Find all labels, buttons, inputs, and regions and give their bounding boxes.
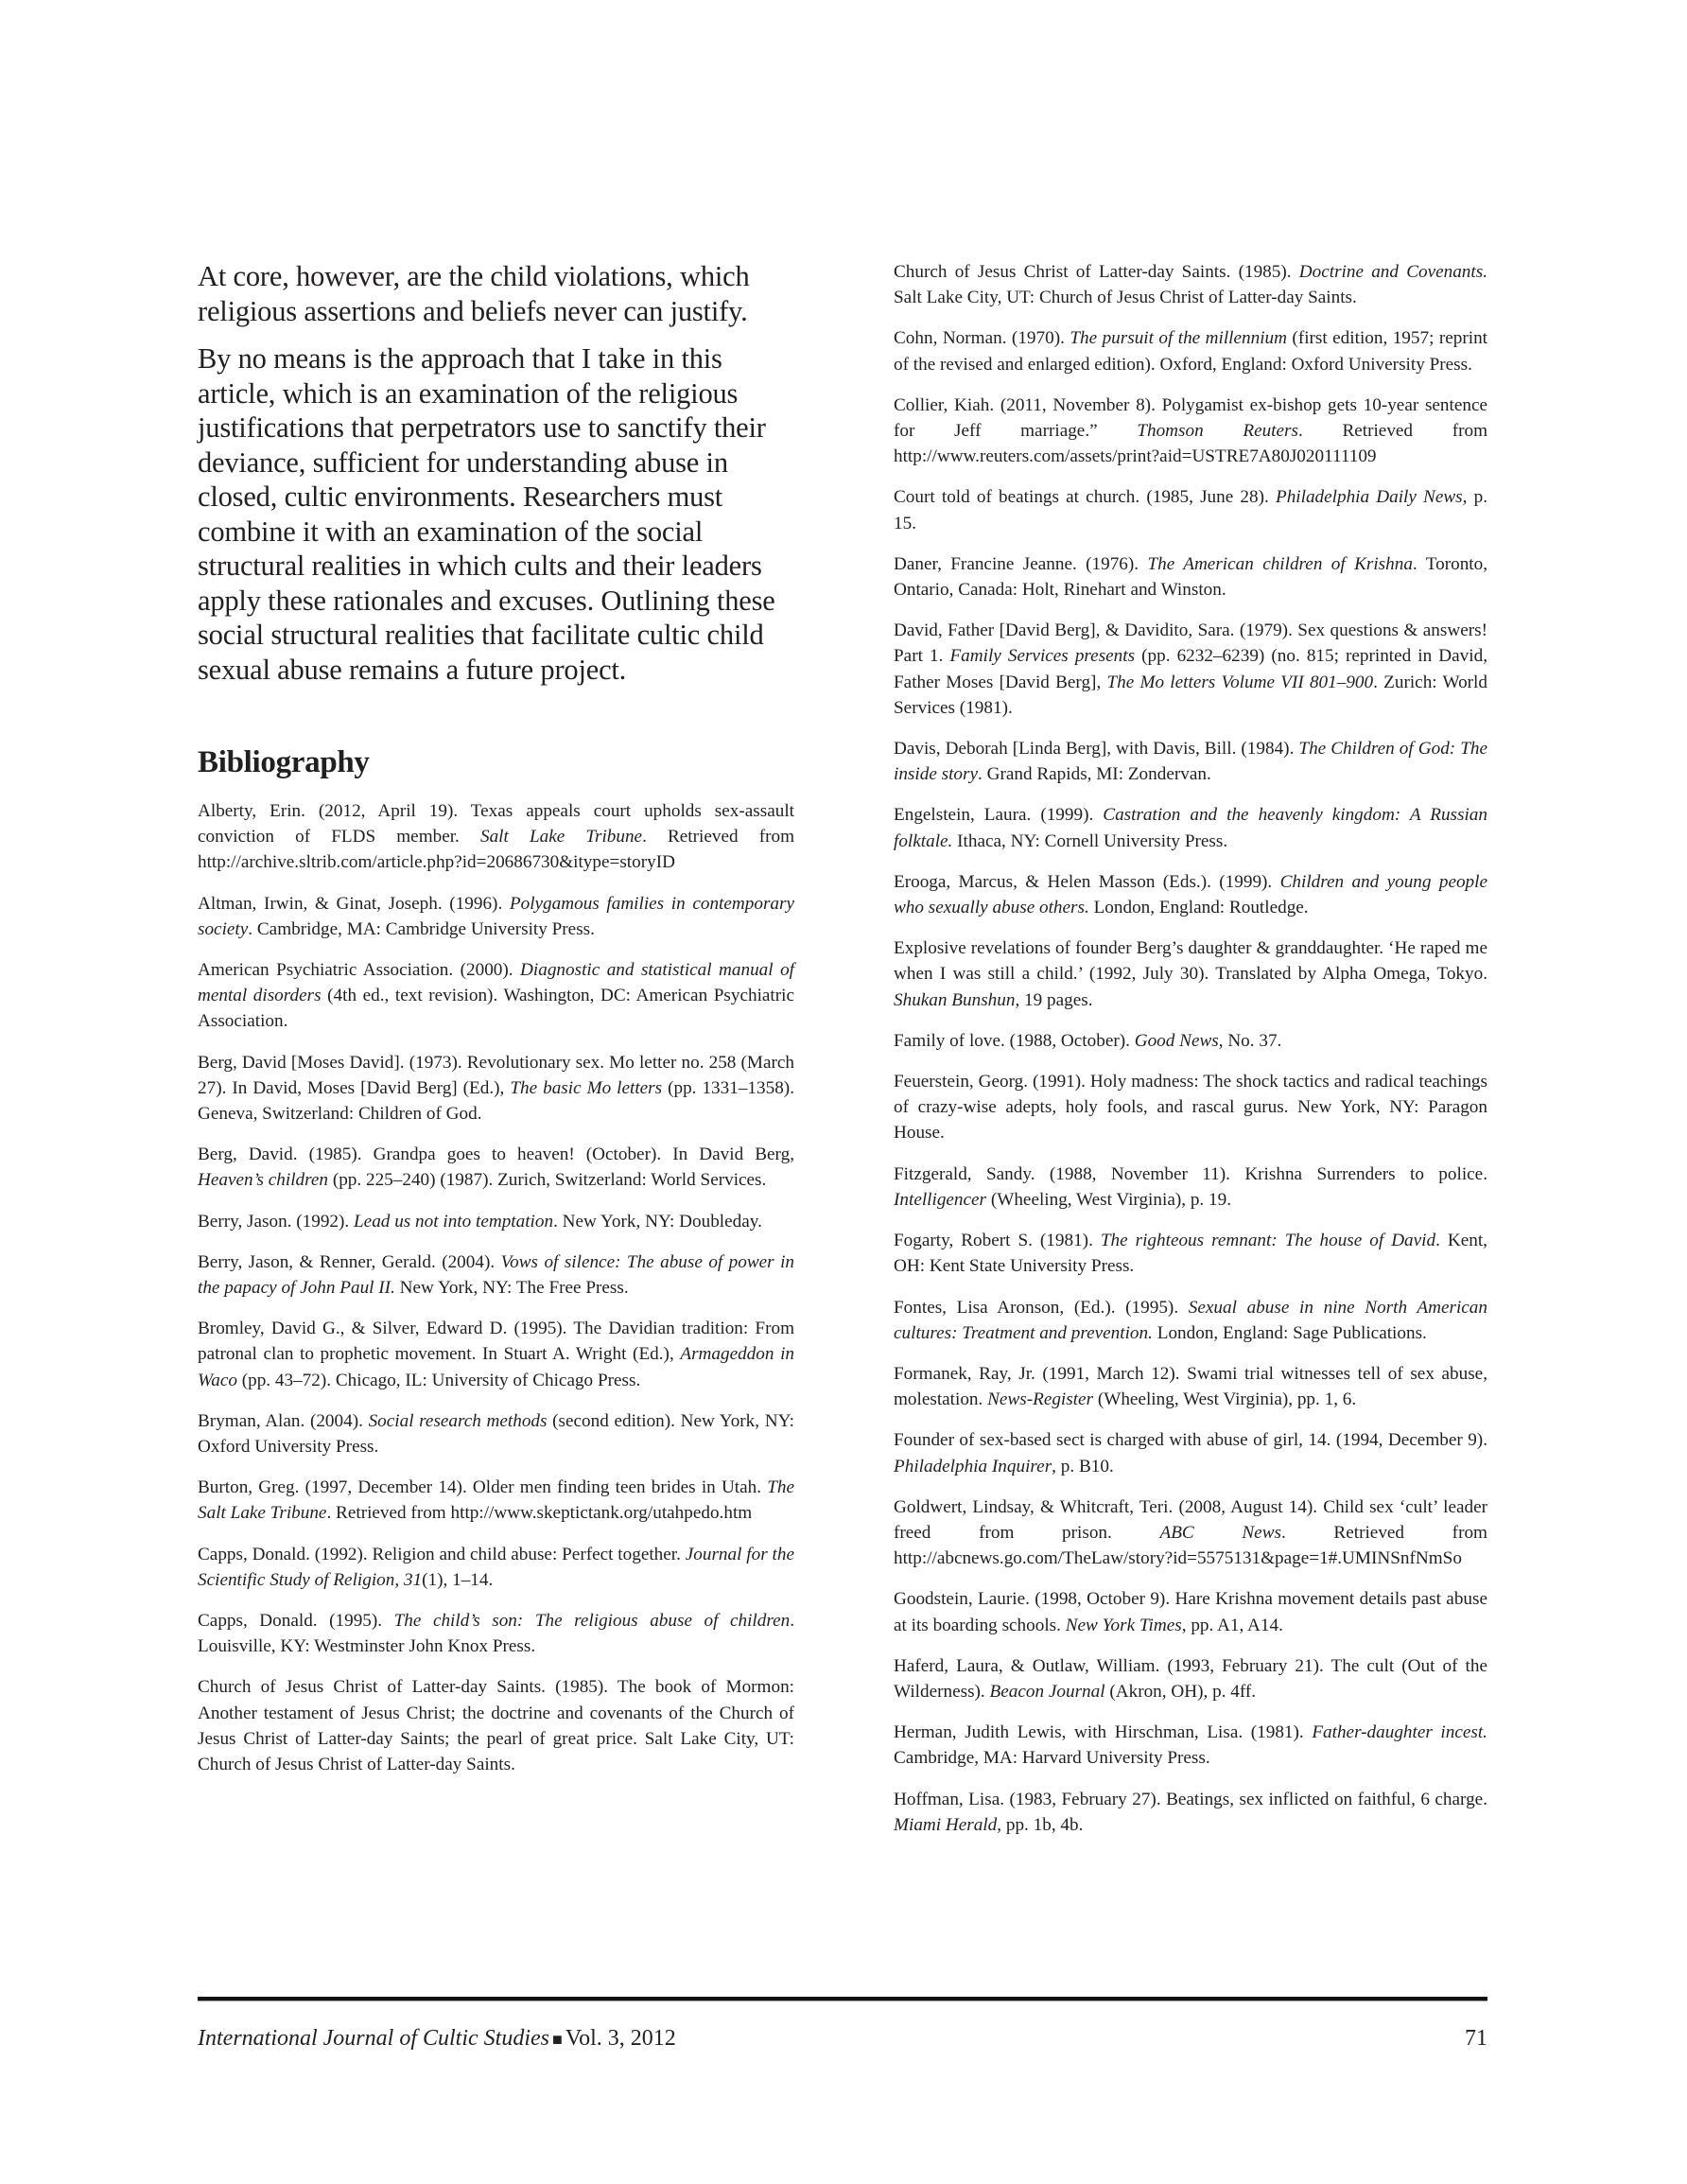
closing-paragraphs: At core, however, are the child violatio… — [198, 259, 794, 687]
bibliography-entry: Family of love. (1988, October). Good Ne… — [894, 1028, 1487, 1054]
entry-text: Fontes, Lisa Aronson, (Ed.). (1995). — [894, 1298, 1189, 1318]
bibliography-entry: Burton, Greg. (1997, December 14). Older… — [198, 1475, 794, 1526]
bibliography-list-left: Alberty, Erin. (2012, April 19). Texas a… — [198, 798, 794, 1777]
entry-text: (1), 1–14. — [422, 1570, 493, 1590]
bibliography-entry: Court told of beatings at church. (1985,… — [894, 484, 1487, 535]
entry-text: Altman, Irwin, & Ginat, Joseph. (1996). — [198, 894, 510, 914]
bibliography-entry: Capps, Donald. (1995). The child’s son: … — [198, 1608, 794, 1659]
bibliography-entry: Goldwert, Lindsay, & Whitcraft, Teri. (2… — [894, 1494, 1487, 1572]
entry-title-italic: Miami Herald — [894, 1815, 997, 1835]
entry-text: Burton, Greg. (1997, December 14). Older… — [198, 1477, 767, 1497]
entry-text: (Wheeling, West Virginia), p. 19. — [986, 1190, 1231, 1210]
volume-info: Vol. 3, 2012 — [565, 2026, 676, 2051]
entry-text: American Psychiatric Association. (2000)… — [198, 960, 520, 980]
page-number: 71 — [1465, 2024, 1487, 2053]
bibliography-entry: Davis, Deborah [Linda Berg], with Davis,… — [894, 736, 1487, 787]
bibliography-entry: Berry, Jason. (1992). Lead us not into t… — [198, 1209, 794, 1234]
body-paragraph: At core, however, are the child violatio… — [198, 259, 794, 328]
entry-text: , No. 37. — [1219, 1031, 1282, 1051]
entry-text: , pp. 1b, 4b. — [997, 1815, 1083, 1835]
entry-text: Family of love. (1988, October). — [894, 1031, 1135, 1051]
bibliography-entry: Alberty, Erin. (2012, April 19). Texas a… — [198, 798, 794, 876]
left-column: At core, however, are the child violatio… — [198, 259, 794, 1792]
bibliography-entry: Founder of sex-based sect is charged wit… — [894, 1427, 1487, 1478]
entry-title-italic: The American children of Krishna — [1147, 554, 1412, 574]
bibliography-entry: David, Father [David Berg], & Davidito, … — [894, 618, 1487, 721]
entry-text: London, England: Sage Publications. — [1153, 1323, 1427, 1343]
entry-text: Hoffman, Lisa. (1983, February 27). Beat… — [894, 1790, 1487, 1809]
bibliography-entry: Goodstein, Laurie. (1998, October 9). Ha… — [894, 1586, 1487, 1637]
entry-title-italic: Shukan Bunshun — [894, 990, 1015, 1010]
footer-rule — [198, 1997, 1487, 2001]
right-column: Church of Jesus Christ of Latter-day Sai… — [894, 259, 1487, 1853]
bibliography-entry: Collier, Kiah. (2011, November 8). Polyg… — [894, 393, 1487, 470]
bibliography-entry: Church of Jesus Christ of Latter-day Sai… — [894, 259, 1487, 310]
bibliography-entry: Church of Jesus Christ of Latter-day Sai… — [198, 1674, 794, 1777]
entry-title-italic: Family Services presents — [949, 646, 1135, 666]
entry-text: (pp. 225–240) (1987). Zurich, Switzerlan… — [328, 1170, 766, 1190]
entry-text: (pp. 43–72). Chicago, IL: University of … — [237, 1371, 640, 1390]
bibliography-entry: Fontes, Lisa Aronson, (Ed.). (1995). Sex… — [894, 1295, 1487, 1346]
entry-title-italic: The child’s son: The religious abuse of … — [394, 1611, 791, 1631]
bibliography-entry: Feuerstein, Georg. (1991). Holy madness:… — [894, 1069, 1487, 1146]
entry-text: Erooga, Marcus, & Helen Masson (Eds.). (… — [894, 872, 1280, 892]
entry-text: Berry, Jason, & Renner, Gerald. (2004). — [198, 1252, 501, 1272]
entry-title-italic: The righteous remnant: The house of Davi… — [1101, 1231, 1435, 1250]
entry-title-italic: Philadelphia Inquirer — [894, 1457, 1052, 1476]
entry-text: New York, NY: The Free Press. — [395, 1278, 629, 1298]
entry-text: Church of Jesus Christ of Latter-day Sai… — [198, 1677, 794, 1774]
bibliography-entry: Formanek, Ray, Jr. (1991, March 12). Swa… — [894, 1361, 1487, 1412]
entry-text: Herman, Judith Lewis, with Hirschman, Li… — [894, 1722, 1312, 1742]
entry-title-italic: Philadelphia Daily News — [1276, 487, 1463, 507]
entry-text: Church of Jesus Christ of Latter-day Sai… — [894, 262, 1299, 282]
entry-title-italic: Salt Lake Tribune — [480, 827, 642, 847]
entry-text: . Retrieved from http://www.skeptictank.… — [326, 1503, 752, 1523]
entry-title-italic: Good News — [1135, 1031, 1219, 1051]
entry-text: Court told of beatings at church. (1985,… — [894, 487, 1276, 507]
bibliography-entry: American Psychiatric Association. (2000)… — [198, 957, 794, 1035]
entry-text: Berry, Jason. (1992). — [198, 1212, 354, 1232]
bibliography-entry: Herman, Judith Lewis, with Hirschman, Li… — [894, 1720, 1487, 1771]
bibliography-entry: Bromley, David G., & Silver, Edward D. (… — [198, 1316, 794, 1393]
bibliography-list-right: Church of Jesus Christ of Latter-day Sai… — [894, 259, 1487, 1838]
entry-text: Fitzgerald, Sandy. (1988, November 11). … — [894, 1164, 1487, 1184]
entry-text: , pp. A1, A14. — [1182, 1616, 1283, 1635]
entry-text: Berg, David. (1985). Grandpa goes to hea… — [198, 1144, 794, 1164]
entry-text: Daner, Francine Jeanne. (1976). — [894, 554, 1147, 574]
entry-text: Founder of sex-based sect is charged wit… — [894, 1430, 1487, 1450]
bibliography-entry: Haferd, Laura, & Outlaw, William. (1993,… — [894, 1653, 1487, 1704]
entry-title-italic: Social research methods — [369, 1411, 548, 1431]
entry-title-italic: The pursuit of the millennium — [1070, 328, 1287, 348]
bibliography-entry: Berry, Jason, & Renner, Gerald. (2004). … — [198, 1249, 794, 1301]
entry-text: , p. B10. — [1052, 1457, 1114, 1476]
entry-title-italic: News-Register — [987, 1389, 1093, 1409]
entry-text: Feuerstein, Georg. (1991). Holy madness:… — [894, 1072, 1487, 1143]
bibliography-entry: Fogarty, Robert S. (1981). The righteous… — [894, 1228, 1487, 1279]
bibliography-entry: Fitzgerald, Sandy. (1988, November 11). … — [894, 1162, 1487, 1213]
entry-text: , 19 pages. — [1015, 990, 1092, 1010]
bibliography-entry: Capps, Donald. (1992). Religion and chil… — [198, 1542, 794, 1593]
bibliography-entry: Daner, Francine Jeanne. (1976). The Amer… — [894, 551, 1487, 603]
separator-square-icon: ■ — [552, 2030, 563, 2049]
entry-title-italic: Beacon Journal — [990, 1682, 1105, 1702]
bibliography-entry: Explosive revelations of founder Berg’s … — [894, 935, 1487, 1013]
entry-title-italic: New York Times — [1066, 1616, 1182, 1635]
entry-text: . Cambridge, MA: Cambridge University Pr… — [248, 919, 595, 939]
entry-text: (Wheeling, West Virginia), pp. 1, 6. — [1093, 1389, 1356, 1409]
entry-text: Capps, Donald. (1992). Religion and chil… — [198, 1545, 686, 1564]
journal-name: International Journal of Cultic Studies — [198, 2026, 549, 2051]
bibliography-entry: Berg, David [Moses David]. (1973). Revol… — [198, 1050, 794, 1127]
bibliography-entry: Cohn, Norman. (1970). The pursuit of the… — [894, 325, 1487, 376]
entry-title-italic: The basic Mo letters — [510, 1078, 662, 1098]
bibliography-entry: Bryman, Alan. (2004). Social research me… — [198, 1408, 794, 1459]
entry-title-italic: Lead us not into temptation — [354, 1212, 553, 1232]
entry-title-italic: Doctrine and Covenants. — [1299, 262, 1487, 282]
entry-title-italic: Thomson Reuters — [1137, 421, 1298, 441]
bibliography-entry: Berg, David. (1985). Grandpa goes to hea… — [198, 1142, 794, 1193]
entry-title-italic: ABC News — [1159, 1523, 1281, 1543]
entry-text: Salt Lake City, UT: Church of Jesus Chri… — [894, 288, 1357, 307]
entry-text: Engelstein, Laura. (1999). — [894, 805, 1103, 825]
entry-text: Explosive revelations of founder Berg’s … — [894, 938, 1487, 984]
entry-title-italic: Heaven’s children — [198, 1170, 328, 1190]
bibliography-heading: Bibliography — [198, 743, 794, 781]
bibliography-entry: Hoffman, Lisa. (1983, February 27). Beat… — [894, 1787, 1487, 1838]
entry-text: Cambridge, MA: Harvard University Press. — [894, 1748, 1210, 1768]
bibliography-entry: Altman, Irwin, & Ginat, Joseph. (1996). … — [198, 891, 794, 942]
entry-text: London, England: Routledge. — [1089, 898, 1309, 917]
bibliography-entry: Engelstein, Laura. (1999). Castration an… — [894, 802, 1487, 853]
entry-text: Capps, Donald. (1995). — [198, 1611, 394, 1631]
entry-text: Bryman, Alan. (2004). — [198, 1411, 369, 1431]
page-footer: International Journal of Cultic Studies■… — [198, 2024, 1487, 2053]
entry-text: Cohn, Norman. (1970). — [894, 328, 1070, 348]
running-footer: International Journal of Cultic Studies■… — [198, 2024, 676, 2053]
entry-text: . Grand Rapids, MI: Zondervan. — [978, 764, 1211, 784]
entry-title-italic: Intelligencer — [894, 1190, 986, 1210]
body-paragraph: By no means is the approach that I take … — [198, 341, 794, 687]
entry-text: (Akron, OH), p. 4ff. — [1105, 1682, 1257, 1702]
entry-title-italic: Father-daughter incest. — [1312, 1722, 1487, 1742]
entry-text: Fogarty, Robert S. (1981). — [894, 1231, 1101, 1250]
bibliography-entry: Erooga, Marcus, & Helen Masson (Eds.). (… — [894, 869, 1487, 920]
entry-text: . New York, NY: Doubleday. — [553, 1212, 762, 1232]
entry-title-italic: The Mo letters Volume VII 801–900 — [1106, 673, 1373, 692]
entry-text: Davis, Deborah [Linda Berg], with Davis,… — [894, 739, 1298, 759]
entry-text: Ithaca, NY: Cornell University Press. — [952, 831, 1227, 851]
